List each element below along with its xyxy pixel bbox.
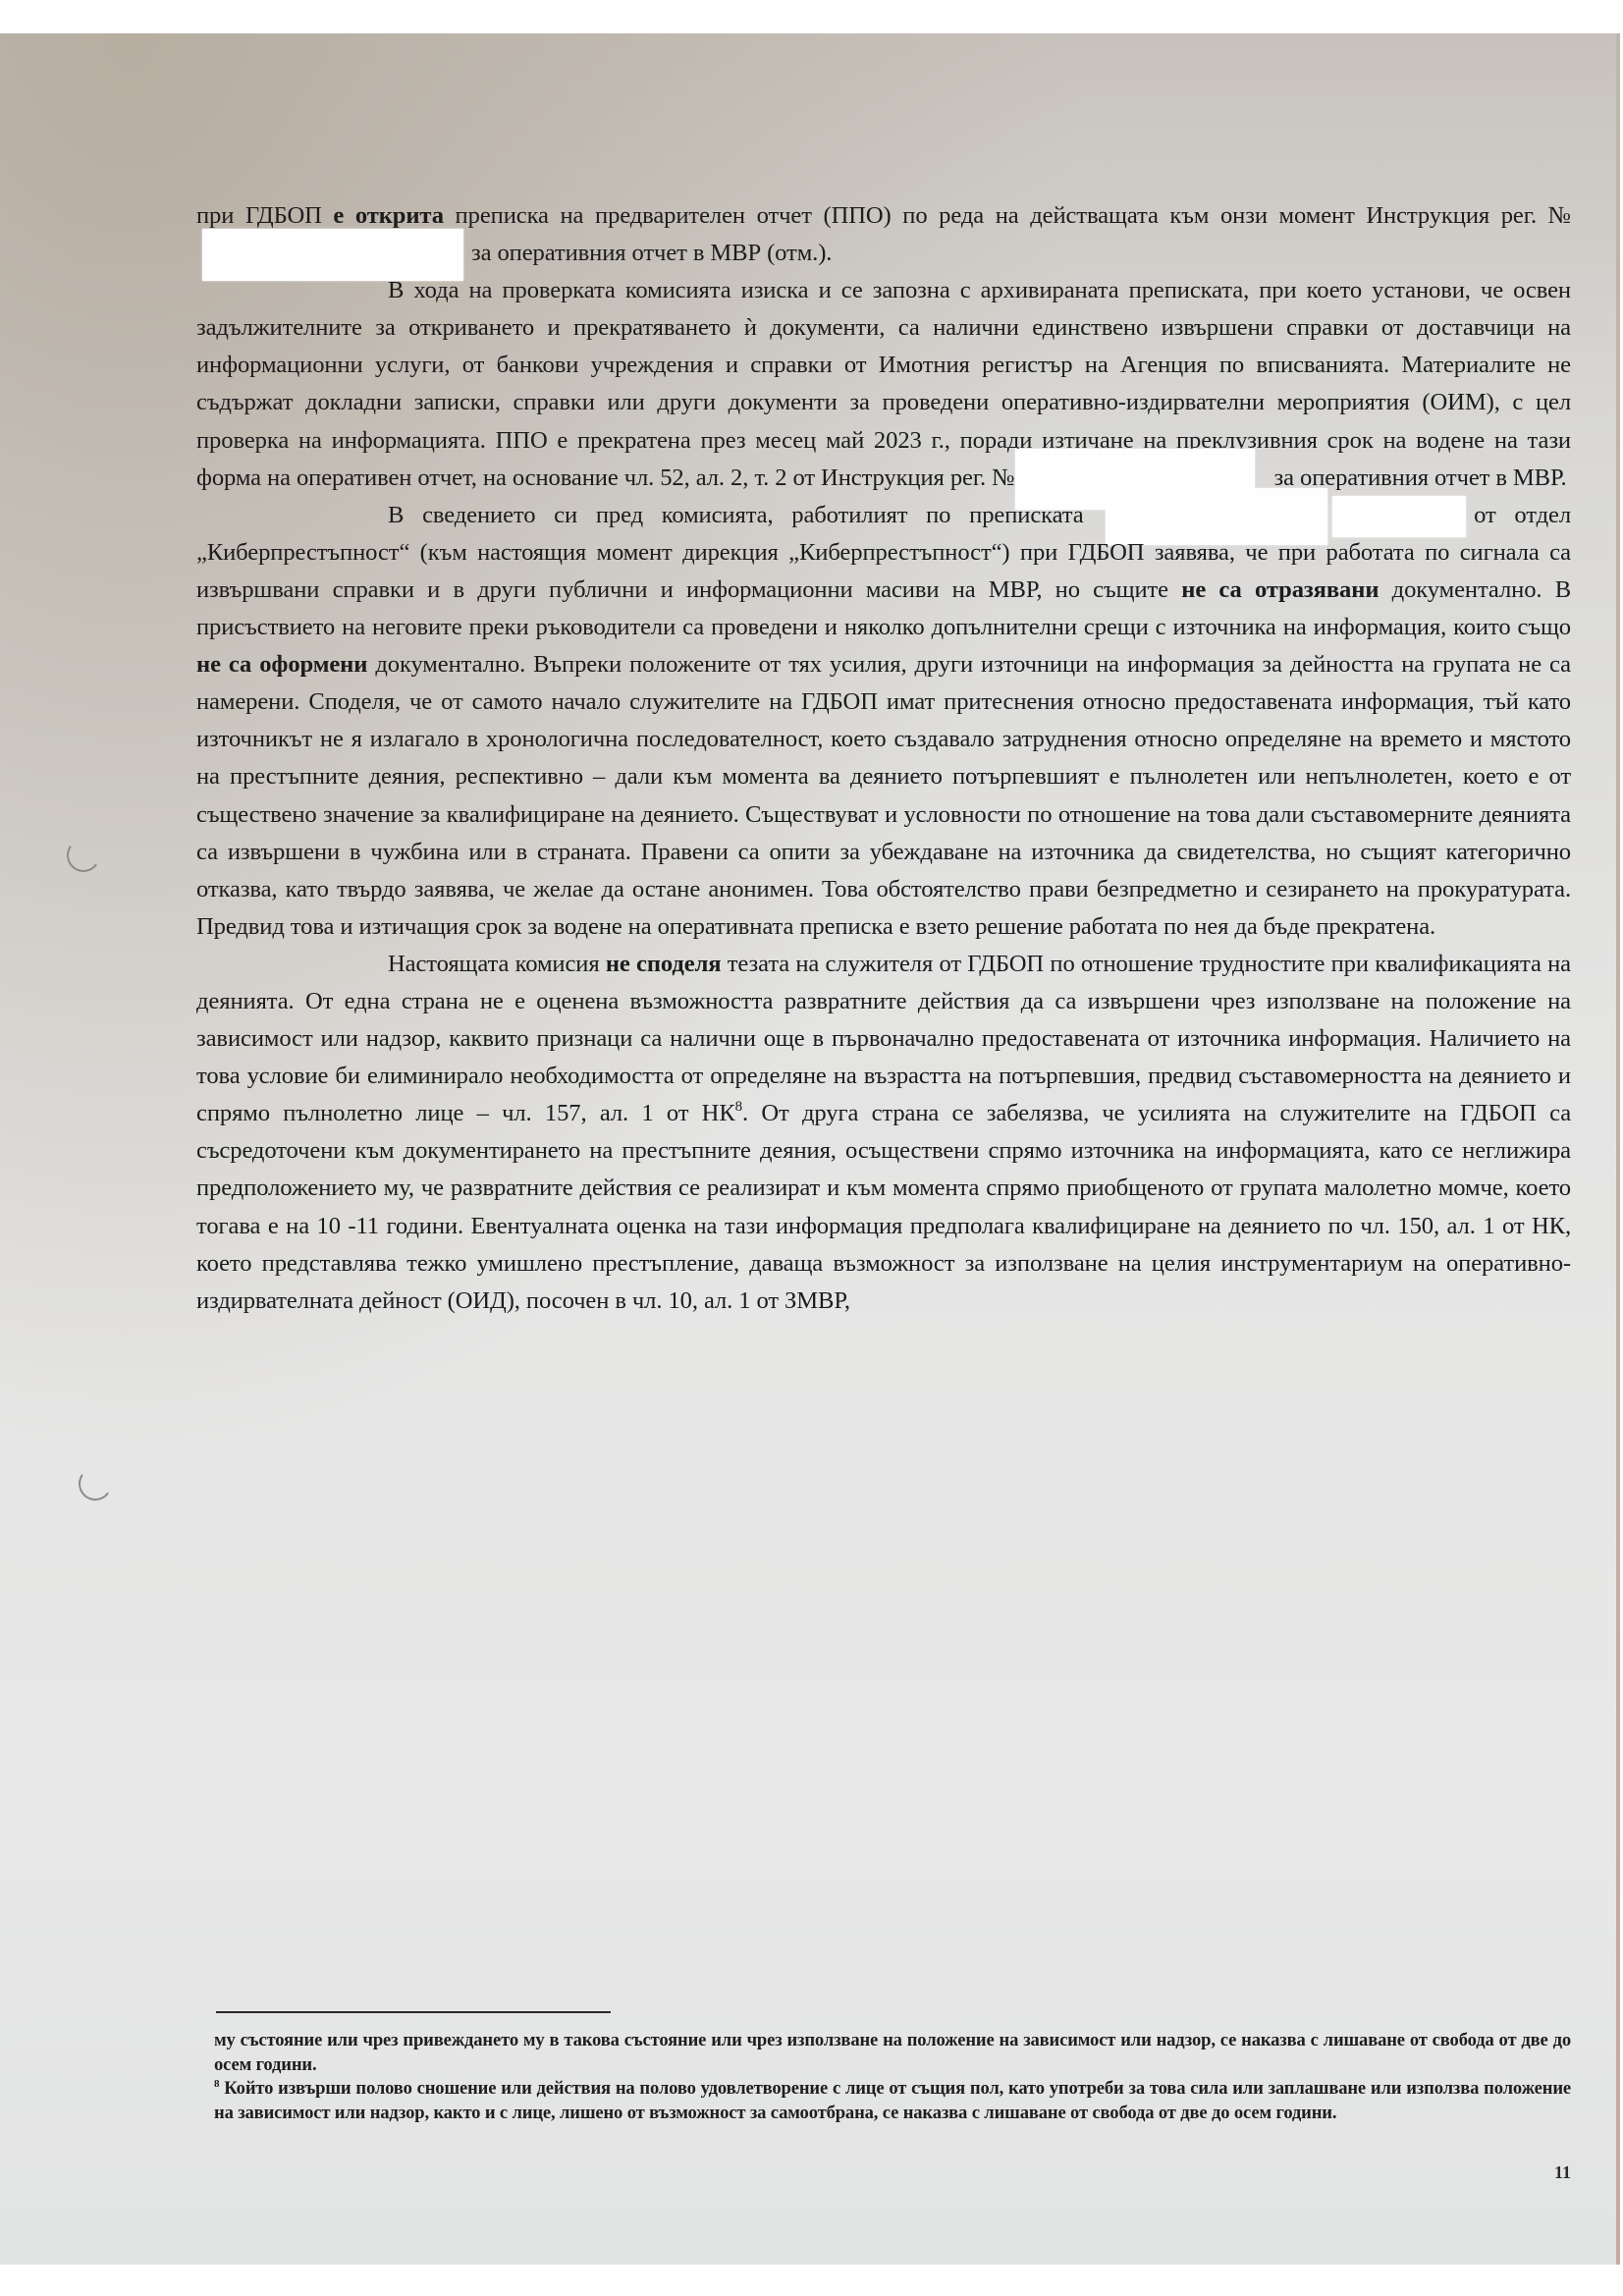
footnote-text: Който извърши полово сношение или действ… — [214, 2078, 1571, 2123]
emphasis-text: не са оформени — [196, 651, 367, 678]
footnotes: му състояние или чрез привеждането му в … — [214, 2029, 1571, 2125]
footnote: 8 Който извърши полово сношение или дейс… — [214, 2077, 1571, 2125]
staple-hole-mark — [76, 1464, 114, 1503]
paragraph: В сведението си пред комисията, работили… — [196, 497, 1571, 946]
text-run: преписка на предварителен отчет (ППО) по… — [444, 202, 1571, 229]
paragraph: В хода на проверката комисията изиска и … — [196, 272, 1571, 497]
footnote-separator — [216, 2011, 611, 2013]
page-number: 11 — [1554, 2162, 1571, 2183]
footnote-reference: 8 — [735, 1099, 742, 1115]
text-run: при ГДБОП — [196, 202, 333, 229]
footnote-text: му състояние или чрез привеждането му в … — [214, 2030, 1571, 2075]
redaction-box — [1106, 488, 1327, 545]
text-run: документално. Въпреки положените от тях … — [196, 651, 1571, 940]
text-run: за оперативния отчет в МВР. — [1274, 465, 1567, 491]
paragraph: Настоящата комисия не споделя тезата на … — [196, 946, 1571, 1320]
paragraph: при ГДБОП е открита преписка на предвари… — [196, 197, 1571, 272]
text-run: Настоящата комисия — [388, 951, 606, 977]
redaction-box — [1332, 496, 1466, 537]
emphasis-text: не споделя — [606, 951, 722, 977]
text-run: В сведението си пред комисията, работили… — [388, 502, 1102, 528]
body-text: при ГДБОП е открита преписка на предвари… — [196, 197, 1571, 1320]
staple-hole-mark — [64, 836, 102, 874]
footnote: му състояние или чрез привеждането му в … — [214, 2029, 1571, 2077]
text-run: за оперативния отчет в МВР (отм.). — [471, 240, 832, 266]
emphasis-text: е открита — [333, 202, 444, 229]
text-run: . От друга страна се забелязва, че усили… — [196, 1100, 1571, 1313]
text-run: В хода на проверката комисията изиска и … — [196, 277, 1571, 490]
scanned-page: при ГДБОП е открита преписка на предвари… — [0, 33, 1620, 2265]
emphasis-text: не са отразявани — [1181, 576, 1379, 603]
